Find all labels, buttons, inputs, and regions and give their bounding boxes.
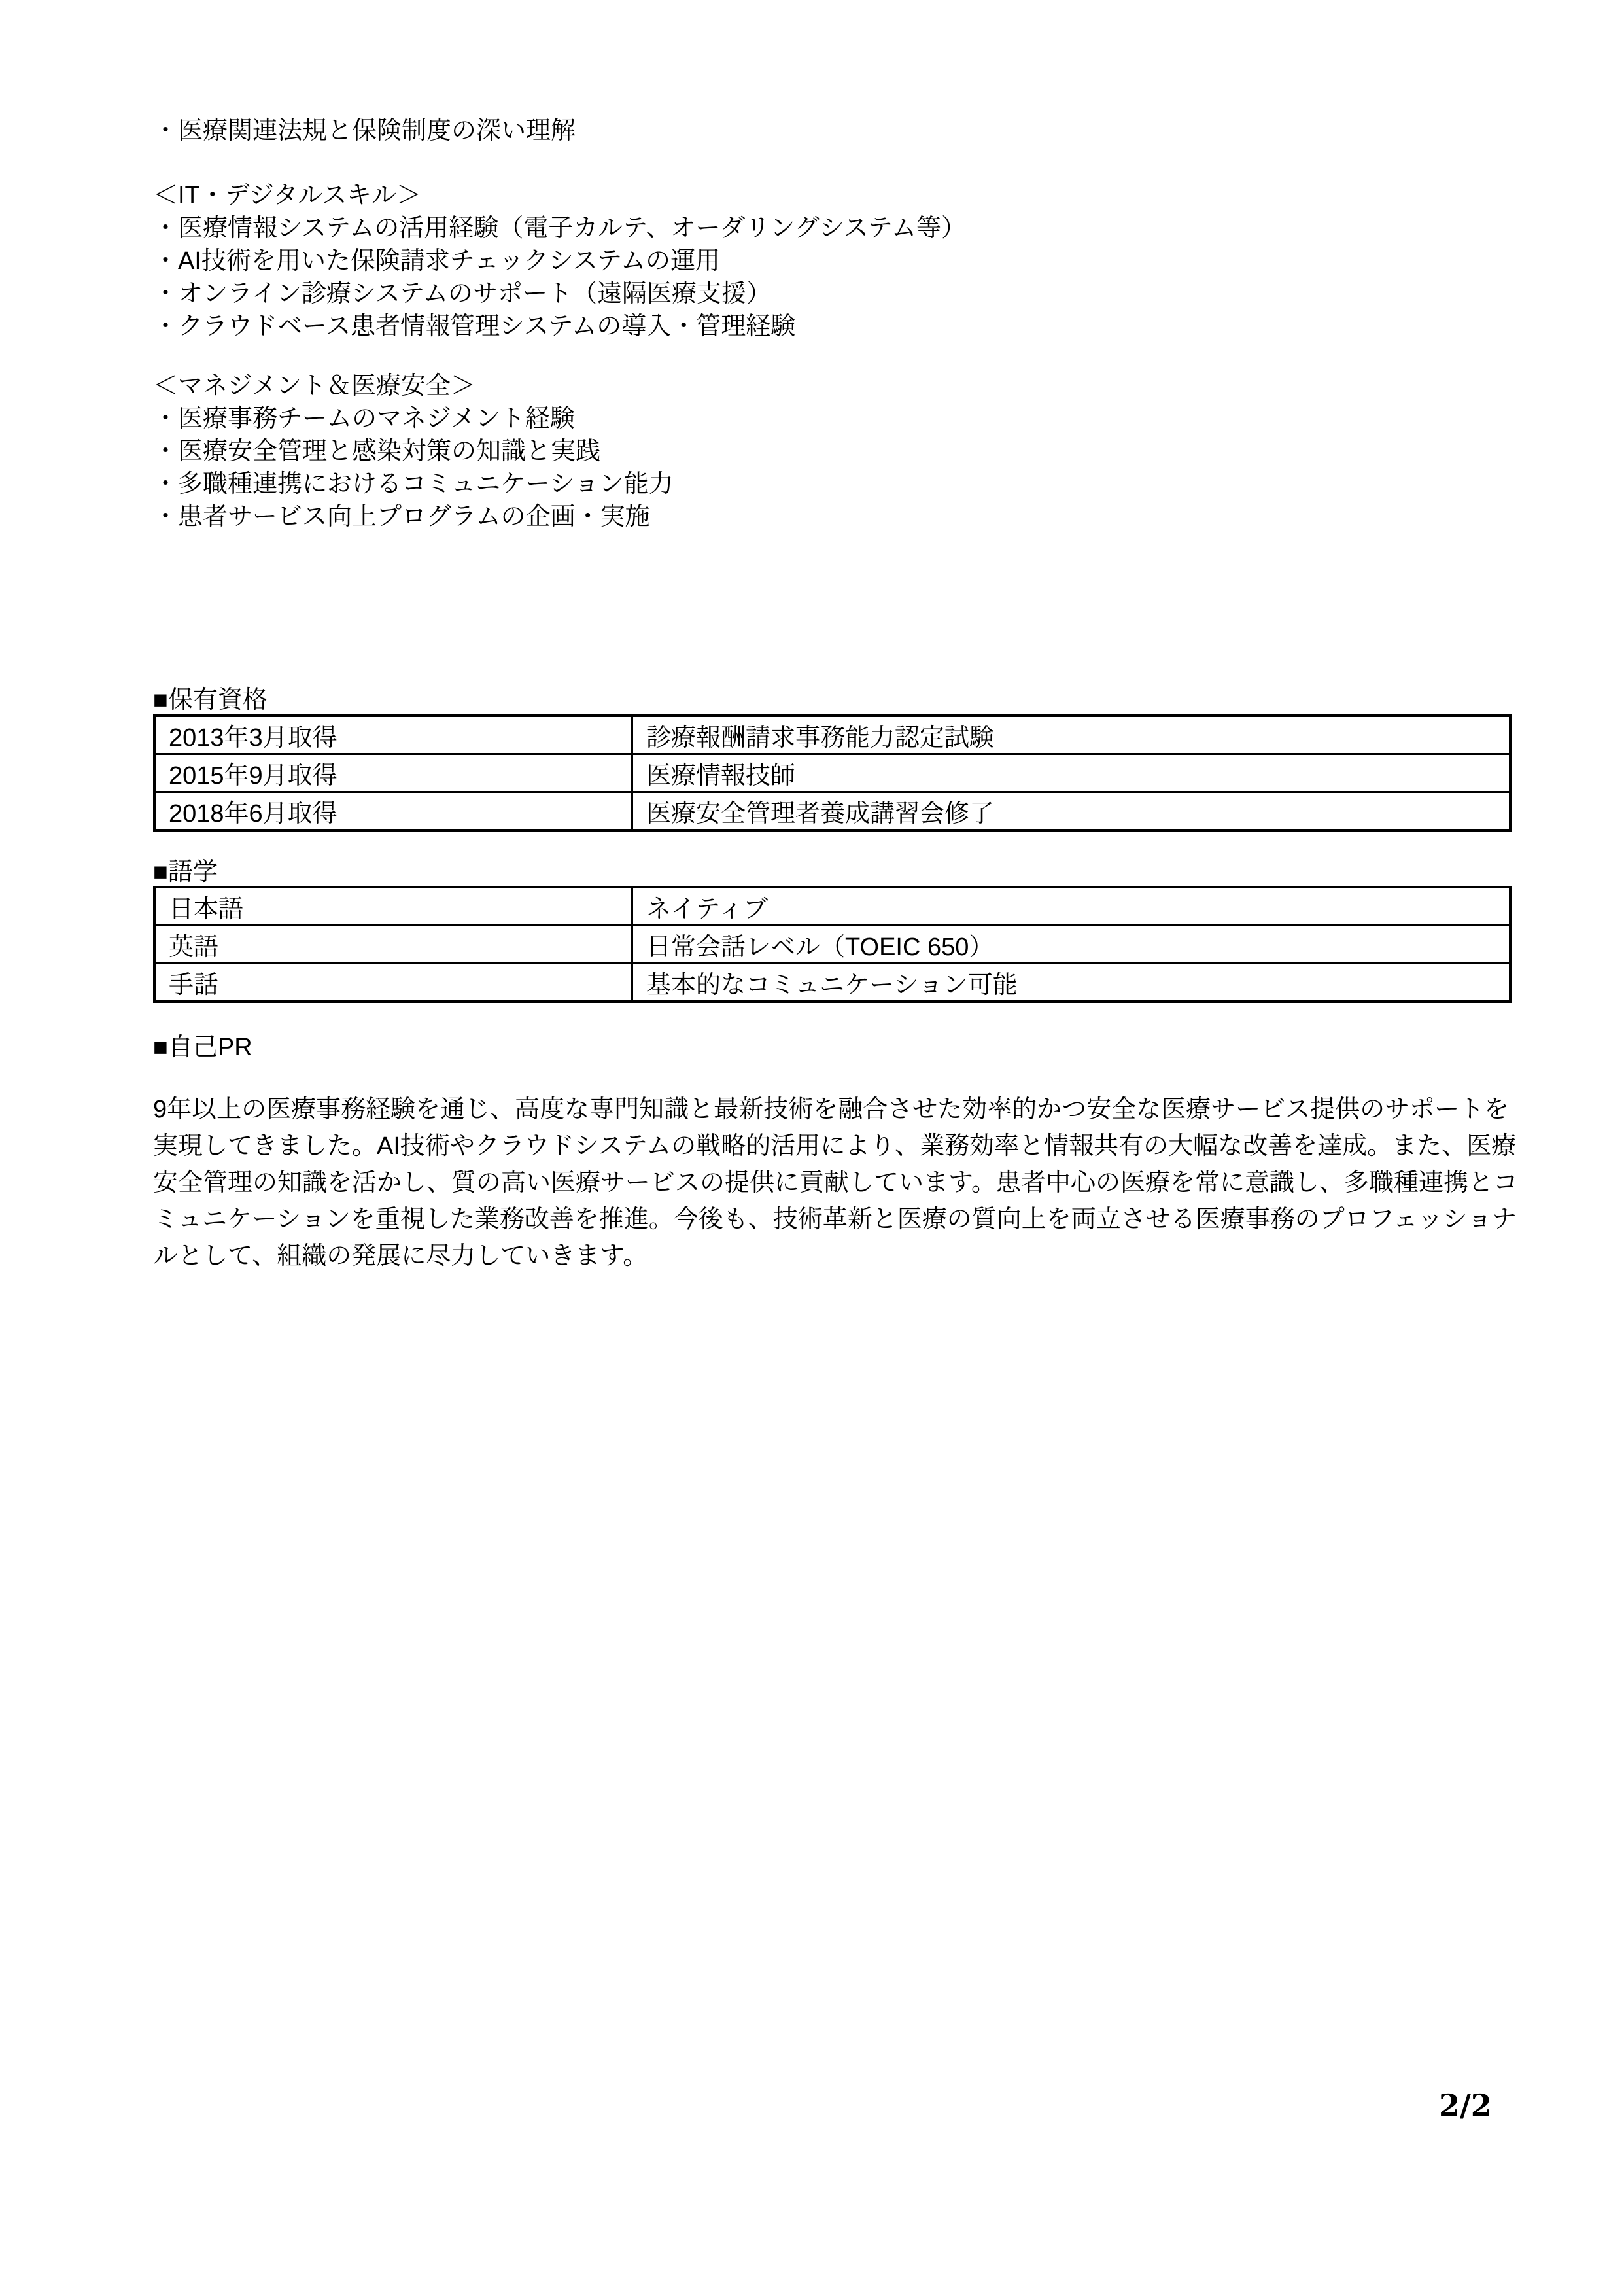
certifications-section-title: ■保有資格 [153,684,268,716]
management-skill-item: ・患者サービス向上プログラムの企画・実施 [153,500,674,533]
table-row: 英語 日常会話レベル（TOEIC 650） [154,926,1510,964]
language-level: ネイティブ [632,887,1511,926]
table-row: 2013年3月取得 診療報酬請求事務能力認定試験 [154,716,1510,754]
table-row: 2018年6月取得 医療安全管理者養成講習会修了 [154,792,1510,831]
language-name: 日本語 [154,887,632,926]
self-pr-section-title: ■自己PR [153,1031,252,1064]
language-level: 基本的なコミュニケーション可能 [632,964,1511,1002]
management-skill-item: ・医療安全管理と感染対策の知識と実践 [153,435,674,468]
management-skill-item: ・医療事務チームのマネジメント経験 [153,402,674,435]
certification-name: 医療情報技師 [632,754,1511,792]
skill-line-legal: ・医療関連法規と保険制度の深い理解 [153,114,576,147]
certifications-table: 2013年3月取得 診療報酬請求事務能力認定試験 2015年9月取得 医療情報技… [153,714,1512,832]
it-skill-item: ・オンライン診療システムのサポート（遠隔医療支援） [153,277,966,310]
table-row: 手話 基本的なコミュニケーション可能 [154,964,1510,1002]
language-name: 手話 [154,964,632,1002]
it-skill-item: ・クラウドベース患者情報管理システムの導入・管理経験 [153,310,966,343]
certification-name: 医療安全管理者養成講習会修了 [632,792,1511,831]
it-skills-section: ＜IT・デジタルスキル＞ ・医療情報システムの活用経験（電子カルテ、オーダリング… [153,179,966,343]
it-skill-item: ・AI技術を用いた保険請求チェックシステムの運用 [153,245,966,277]
management-skill-item: ・多職種連携におけるコミュニケーション能力 [153,468,674,500]
table-row: 2015年9月取得 医療情報技師 [154,754,1510,792]
language-name: 英語 [154,926,632,964]
languages-table: 日本語 ネイティブ 英語 日常会話レベル（TOEIC 650） 手話 基本的なコ… [153,886,1512,1003]
table-row: 日本語 ネイティブ [154,887,1510,926]
management-skills-section: ＜マネジメント＆医療安全＞ ・医療事務チームのマネジメント経験 ・医療安全管理と… [153,370,674,533]
management-skills-header: ＜マネジメント＆医療安全＞ [153,370,674,402]
certification-date: 2015年9月取得 [154,754,632,792]
languages-section-title: ■語学 [153,856,218,888]
certification-date: 2013年3月取得 [154,716,632,754]
language-level: 日常会話レベル（TOEIC 650） [632,926,1511,964]
certification-name: 診療報酬請求事務能力認定試験 [632,716,1511,754]
it-skill-item: ・医療情報システムの活用経験（電子カルテ、オーダリングシステム等） [153,212,966,245]
self-pr-paragraph: 9年以上の医療事務経験を通じ、高度な専門知識と最新技術を融合させた効率的かつ安全… [153,1091,1530,1274]
page-number: 2/2 [1439,2088,1492,2122]
certification-date: 2018年6月取得 [154,792,632,831]
it-skills-header: ＜IT・デジタルスキル＞ [153,179,966,212]
resume-page-2: ・医療関連法規と保険制度の深い理解 ＜IT・デジタルスキル＞ ・医療情報システム… [0,0,1624,2295]
